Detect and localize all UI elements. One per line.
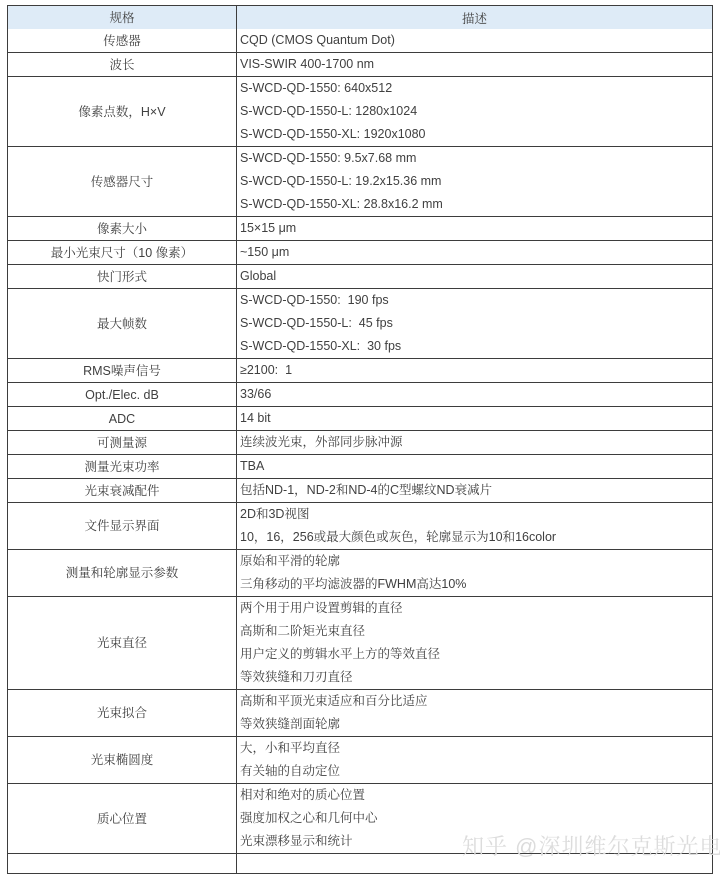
desc-line: 等效狭缝和刀刃直径: [240, 666, 712, 689]
table-row: 光束衰减配件包括ND-1，ND-2和ND-4的C型螺纹ND衰减片: [8, 478, 712, 502]
desc-line: S-WCD-QD-1550: 640x512: [240, 77, 712, 100]
table-row: 光束拟合高斯和平顶光束适应和百分比适应等效狭缝剖面轮廓: [8, 689, 712, 736]
spec-label: 光束直径: [8, 597, 237, 689]
spec-desc: S-WCD-QD-1550: 9.5x7.68 mmS-WCD-QD-1550-…: [237, 147, 712, 216]
spec-label: [8, 854, 237, 873]
spec-label: 传感器尺寸: [8, 147, 237, 216]
spec-desc: 包括ND-1，ND-2和ND-4的C型螺纹ND衰减片: [237, 479, 712, 502]
spec-label: ADC: [8, 407, 237, 430]
spec-table-body: 传感器CQD (CMOS Quantum Dot)波长VIS-SWIR 400-…: [8, 29, 712, 853]
spec-table: 规格 描述 传感器CQD (CMOS Quantum Dot)波长VIS-SWI…: [7, 5, 713, 874]
table-row: 可测量源连续波光束，外部同步脉冲源: [8, 430, 712, 454]
desc-line: Global: [240, 265, 712, 288]
spec-label: 传感器: [8, 29, 237, 52]
table-row: 最小光束尺寸（10 像素）~150 μm: [8, 240, 712, 264]
table-row: 质心位置相对和绝对的质心位置强度加权之心和几何中心光束漂移显示和统计: [8, 783, 712, 853]
table-row: 文件显示界面2D和3D视图10，16，256或最大颜色或灰色，轮廓显示为10和1…: [8, 502, 712, 549]
desc-line: 两个用于用户设置剪辑的直径: [240, 597, 712, 620]
desc-line: 高斯和平顶光束适应和百分比适应: [240, 690, 712, 713]
desc-line: 2D和3D视图: [240, 503, 712, 526]
desc-line: CQD (CMOS Quantum Dot): [240, 29, 712, 52]
desc-line: S-WCD-QD-1550-XL: 30 fps: [240, 335, 712, 358]
table-row: 最大帧数S-WCD-QD-1550: 190 fpsS-WCD-QD-1550-…: [8, 288, 712, 358]
spec-label: 波长: [8, 53, 237, 76]
desc-line: 强度加权之心和几何中心: [240, 807, 712, 830]
table-row-partial: [8, 853, 712, 873]
desc-line: 包括ND-1，ND-2和ND-4的C型螺纹ND衰减片: [240, 479, 712, 502]
spec-label: 光束衰减配件: [8, 479, 237, 502]
table-row: 光束直径两个用于用户设置剪辑的直径高斯和二阶矩光束直径用户定义的剪辑水平上方的等…: [8, 596, 712, 689]
spec-desc: CQD (CMOS Quantum Dot): [237, 29, 712, 52]
table-row: 像素大小15×15 μm: [8, 216, 712, 240]
desc-line: 连续波光束，外部同步脉冲源: [240, 431, 712, 454]
table-row: 光束椭圆度大，小和平均直径有关轴的自动定位: [8, 736, 712, 783]
spec-label: 像素点数，H×V: [8, 77, 237, 146]
desc-line: 14 bit: [240, 407, 712, 430]
table-row: 传感器CQD (CMOS Quantum Dot): [8, 29, 712, 52]
spec-desc: 15×15 μm: [237, 217, 712, 240]
desc-line: 高斯和二阶矩光束直径: [240, 620, 712, 643]
desc-line: ≥2100: 1: [240, 359, 712, 382]
desc-line: 有关轴的自动定位: [240, 760, 712, 783]
spec-desc: [237, 854, 712, 873]
table-row: 测量和轮廓显示参数原始和平滑的轮廓三角移动的平均滤波器的FWHM高达10%: [8, 549, 712, 596]
spec-desc: Global: [237, 265, 712, 288]
table-row: RMS噪声信号≥2100: 1: [8, 358, 712, 382]
desc-line: 大，小和平均直径: [240, 737, 712, 760]
spec-label: 可测量源: [8, 431, 237, 454]
spec-desc: 原始和平滑的轮廓三角移动的平均滤波器的FWHM高达10%: [237, 550, 712, 596]
spec-desc: TBA: [237, 455, 712, 478]
table-row: 波长VIS-SWIR 400-1700 nm: [8, 52, 712, 76]
desc-line: 相对和绝对的质心位置: [240, 784, 712, 807]
spec-label: 最大帧数: [8, 289, 237, 358]
spec-label: 光束椭圆度: [8, 737, 237, 783]
desc-line: VIS-SWIR 400-1700 nm: [240, 53, 712, 76]
spec-desc: 大，小和平均直径有关轴的自动定位: [237, 737, 712, 783]
spec-desc: 33/66: [237, 383, 712, 406]
spec-desc: 2D和3D视图10，16，256或最大颜色或灰色，轮廓显示为10和16color: [237, 503, 712, 549]
desc-line: ~150 μm: [240, 241, 712, 264]
table-row: 测量光束功率TBA: [8, 454, 712, 478]
desc-line: S-WCD-QD-1550: 190 fps: [240, 289, 712, 312]
header-desc-cell: 描述: [237, 6, 712, 29]
desc-line: S-WCD-QD-1550: 9.5x7.68 mm: [240, 147, 712, 170]
spec-label: 文件显示界面: [8, 503, 237, 549]
desc-line: 光束漂移显示和统计: [240, 830, 712, 853]
desc-line: 三角移动的平均滤波器的FWHM高达10%: [240, 573, 712, 596]
desc-line: 10，16，256或最大颜色或灰色，轮廓显示为10和16color: [240, 526, 712, 549]
desc-line: S-WCD-QD-1550-XL: 1920x1080: [240, 123, 712, 146]
desc-line: 等效狭缝剖面轮廓: [240, 713, 712, 736]
desc-line: S-WCD-QD-1550-L: 19.2x15.36 mm: [240, 170, 712, 193]
spec-desc: 两个用于用户设置剪辑的直径高斯和二阶矩光束直径用户定义的剪辑水平上方的等效直径等…: [237, 597, 712, 689]
desc-line: 原始和平滑的轮廓: [240, 550, 712, 573]
desc-line: 15×15 μm: [240, 217, 712, 240]
spec-desc: S-WCD-QD-1550: 190 fpsS-WCD-QD-1550-L: 4…: [237, 289, 712, 358]
table-row: 传感器尺寸S-WCD-QD-1550: 9.5x7.68 mmS-WCD-QD-…: [8, 146, 712, 216]
desc-line: S-WCD-QD-1550-L: 1280x1024: [240, 100, 712, 123]
spec-desc: 相对和绝对的质心位置强度加权之心和几何中心光束漂移显示和统计: [237, 784, 712, 853]
spec-label: 最小光束尺寸（10 像素）: [8, 241, 237, 264]
spec-label: Opt./Elec. dB: [8, 383, 237, 406]
spec-label: 测量光束功率: [8, 455, 237, 478]
desc-line: TBA: [240, 455, 712, 478]
desc-line: 33/66: [240, 383, 712, 406]
spec-desc: 高斯和平顶光束适应和百分比适应等效狭缝剖面轮廓: [237, 690, 712, 736]
table-row: 像素点数，H×VS-WCD-QD-1550: 640x512S-WCD-QD-1…: [8, 76, 712, 146]
spec-label: 光束拟合: [8, 690, 237, 736]
table-row: Opt./Elec. dB33/66: [8, 382, 712, 406]
header-spec-cell: 规格: [8, 6, 237, 29]
spec-label: 像素大小: [8, 217, 237, 240]
spec-desc: S-WCD-QD-1550: 640x512S-WCD-QD-1550-L: 1…: [237, 77, 712, 146]
spec-desc: 14 bit: [237, 407, 712, 430]
spec-label: 快门形式: [8, 265, 237, 288]
spec-label: 质心位置: [8, 784, 237, 853]
spec-label: RMS噪声信号: [8, 359, 237, 382]
desc-line: S-WCD-QD-1550-L: 45 fps: [240, 312, 712, 335]
spec-desc: ≥2100: 1: [237, 359, 712, 382]
table-row: ADC14 bit: [8, 406, 712, 430]
table-header-row: 规格 描述: [8, 6, 712, 29]
spec-desc: ~150 μm: [237, 241, 712, 264]
desc-line: 用户定义的剪辑水平上方的等效直径: [240, 643, 712, 666]
spec-label: 测量和轮廓显示参数: [8, 550, 237, 596]
table-row: 快门形式Global: [8, 264, 712, 288]
spec-desc: VIS-SWIR 400-1700 nm: [237, 53, 712, 76]
desc-line: S-WCD-QD-1550-XL: 28.8x16.2 mm: [240, 193, 712, 216]
spec-desc: 连续波光束，外部同步脉冲源: [237, 431, 712, 454]
